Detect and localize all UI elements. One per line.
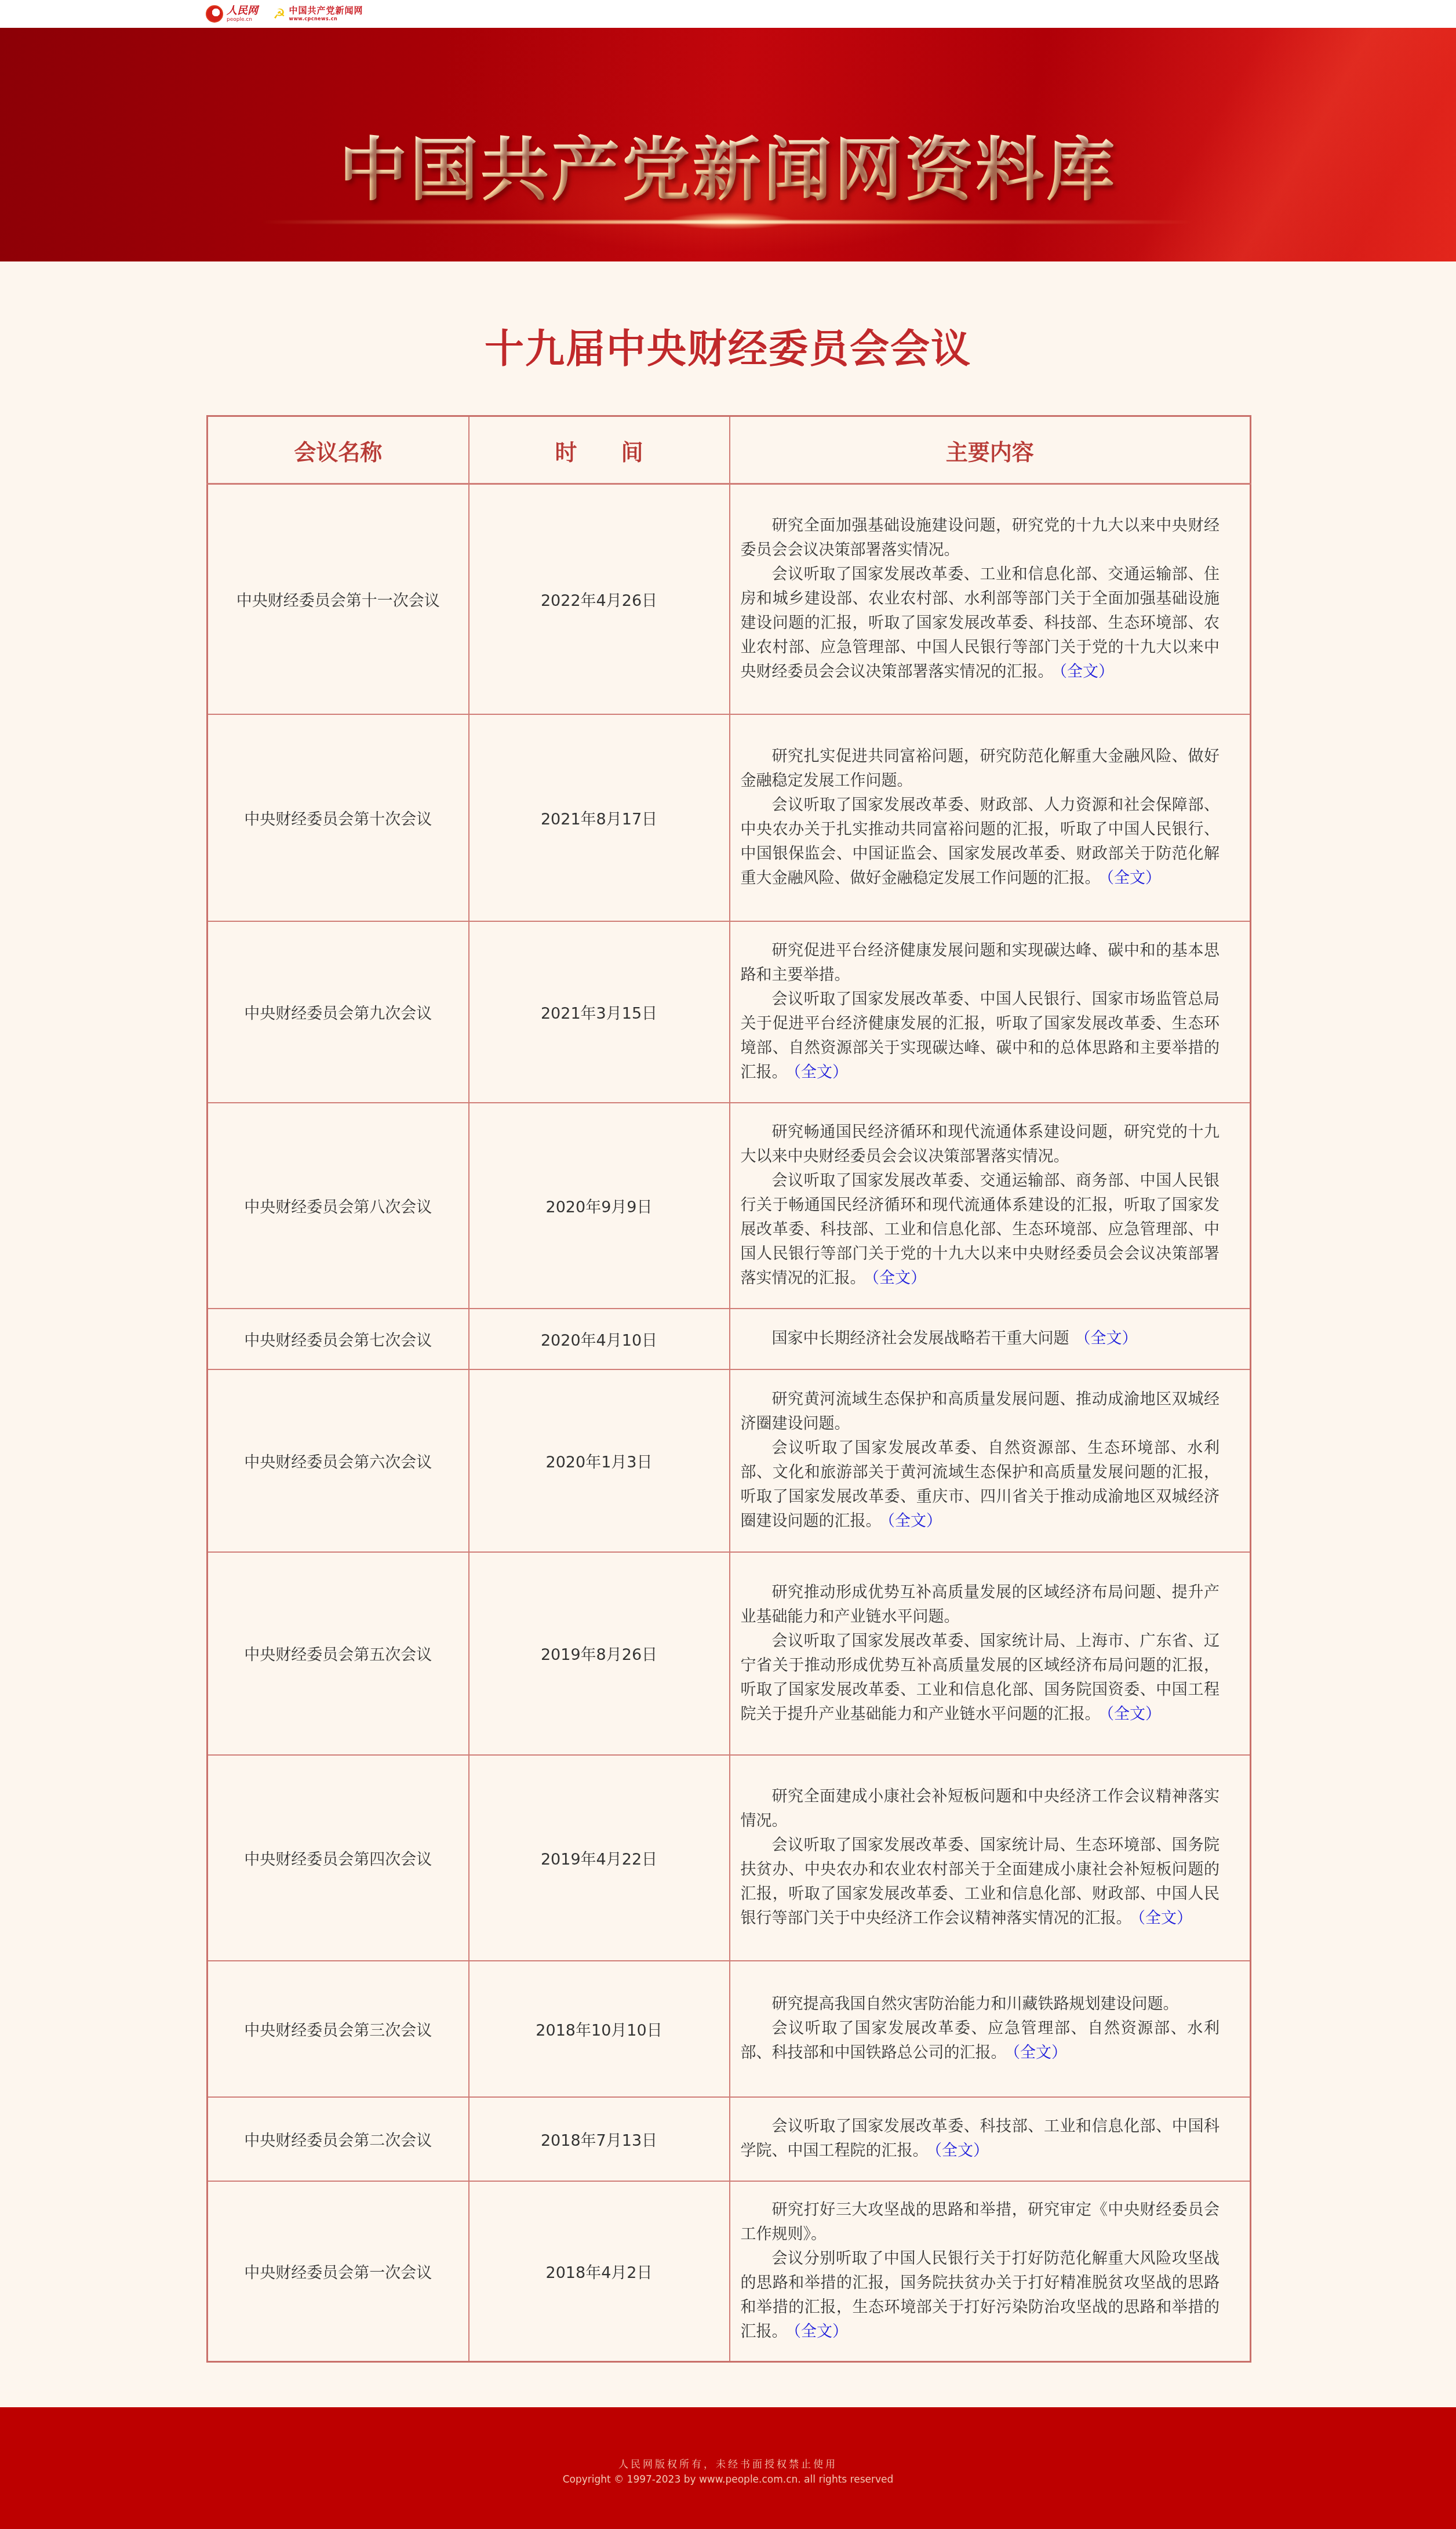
content-paragraph: 研究畅通国民经济循环和现代流通体系建设问题，研究党的十九大以来中央财经委员会会议… — [741, 1120, 1220, 1169]
content-paragraph: 研究全面加强基础设施建设问题，研究党的十九大以来中央财经委员会会议决策部署落实情… — [741, 514, 1220, 562]
full-text-link[interactable]: （全文） — [1075, 1329, 1138, 1347]
content-text: 会议听取了国家发展改革委、交通运输部、商务部、中国人民银行关于畅通国民经济循环和… — [741, 1172, 1220, 1287]
people-logo-icon — [206, 5, 223, 23]
meeting-name: 中央财经委员会第八次会议 — [208, 1103, 469, 1309]
full-text-link[interactable]: （全文） — [1060, 663, 1115, 681]
table-row: 中央财经委员会第十一次会议 2022年4月26日 研究全面加强基础设施建设问题，… — [208, 484, 1251, 714]
meeting-date: 2020年4月10日 — [469, 1309, 730, 1369]
full-text-link[interactable]: （全文） — [793, 2323, 849, 2341]
table-body: 中央财经委员会第十一次会议 2022年4月26日 研究全面加强基础设施建设问题，… — [208, 484, 1251, 2362]
content-paragraph: 研究全面建成小康社会补短板问题和中央经济工作会议精神落实情况。 — [741, 1785, 1220, 1833]
full-text-link[interactable]: （全文） — [1106, 1705, 1162, 1723]
top-bar: 人民网 people.cn ☭ 中国共产党新闻网 www.cpcnews.cn — [0, 0, 1456, 28]
full-text-link[interactable]: （全文） — [872, 1269, 927, 1287]
meeting-date: 2020年9月9日 — [469, 1103, 730, 1309]
content-text: 会议听取了国家发展改革委、自然资源部、生态环境部、水利部、文化和旅游部关于黄河流… — [741, 1439, 1220, 1530]
table-row: 中央财经委员会第四次会议 2019年4月22日 研究全面建成小康社会补短板问题和… — [208, 1755, 1251, 1961]
content-paragraph: 会议听取了国家发展改革委、工业和信息化部、交通运输部、住房和城乡建设部、农业农村… — [741, 562, 1220, 684]
meeting-content: 研究扎实促进共同富裕问题，研究防范化解重大金融风险、做好金融稳定发展工作问题。 … — [730, 714, 1251, 921]
full-text-link[interactable]: （全文） — [887, 1512, 942, 1530]
content-paragraph: 研究黄河流域生态保护和高质量发展问题、推动成渝地区双城经济圈建设问题。 — [741, 1387, 1220, 1436]
meeting-date: 2018年4月2日 — [469, 2181, 730, 2362]
full-text-link[interactable]: （全文） — [1013, 2044, 1068, 2062]
meeting-name: 中央财经委员会第二次会议 — [208, 2097, 469, 2181]
table-row: 中央财经委员会第五次会议 2019年8月26日 研究推动形成优势互补高质量发展的… — [208, 1552, 1251, 1755]
meeting-content: 研究黄河流域生态保护和高质量发展问题、推动成渝地区双城经济圈建设问题。 会议听取… — [730, 1369, 1251, 1552]
meeting-name: 中央财经委员会第十一次会议 — [208, 484, 469, 714]
cpc-logo-text: 中国共产党新闻网 www.cpcnews.cn — [289, 6, 363, 21]
meeting-date: 2021年8月17日 — [469, 714, 730, 921]
people-logo-en: people.cn — [227, 17, 258, 23]
content-paragraph: 会议听取了国家发展改革委、应急管理部、自然资源部、水利部、科技部和中国铁路总公司… — [741, 2016, 1220, 2065]
meeting-name: 中央财经委员会第一次会议 — [208, 2181, 469, 2362]
content-paragraph: 会议听取了国家发展改革委、财政部、人力资源和社会保障部、中央农办关于扎实推动共同… — [741, 793, 1220, 891]
meeting-name: 中央财经委员会第九次会议 — [208, 921, 469, 1103]
cpc-logo-en: www.cpcnews.cn — [289, 17, 363, 21]
people-logo-text: 人民网 people.cn — [227, 6, 258, 23]
content-paragraph: 会议听取了国家发展改革委、国家统计局、上海市、广东省、辽宁省关于推动形成优势互补… — [741, 1629, 1220, 1727]
meeting-date: 2018年7月13日 — [469, 2097, 730, 2181]
banner-light-line — [261, 220, 1195, 224]
meeting-name: 中央财经委员会第十次会议 — [208, 714, 469, 921]
table-row: 中央财经委员会第十次会议 2021年8月17日 研究扎实促进共同富裕问题，研究防… — [208, 714, 1251, 921]
full-text-link[interactable]: （全文） — [793, 1063, 849, 1081]
content-text: 会议听取了国家发展改革委、工业和信息化部、交通运输部、住房和城乡建设部、农业农村… — [741, 565, 1220, 681]
logo-group: 人民网 people.cn ☭ 中国共产党新闻网 www.cpcnews.cn — [206, 2, 363, 26]
meetings-table: 会议名称 时 间 主要内容 中央财经委员会第十一次会议 2022年4月26日 研… — [206, 415, 1251, 2363]
meeting-date: 2019年4月22日 — [469, 1755, 730, 1961]
cpc-logo-cn: 中国共产党新闻网 — [289, 6, 363, 15]
column-header-meeting-name: 会议名称 — [208, 416, 469, 484]
table-row: 中央财经委员会第六次会议 2020年1月3日 研究黄河流域生态保护和高质量发展问… — [208, 1369, 1251, 1552]
content-paragraph: 会议分别听取了中国人民银行关于打好防范化解重大风险攻坚战的思路和举措的汇报，国务… — [741, 2247, 1220, 2344]
table-row: 中央财经委员会第九次会议 2021年3月15日 研究促进平台经济健康发展问题和实… — [208, 921, 1251, 1103]
header-banner: 中国共产党新闻网资料库 — [0, 28, 1456, 261]
footer-copyright: Copyright © 1997-2023 by www.people.com.… — [0, 2474, 1456, 2486]
full-text-link[interactable]: （全文） — [1106, 869, 1162, 887]
meetings-table-container: 会议名称 时 间 主要内容 中央财经委员会第十一次会议 2022年4月26日 研… — [206, 415, 1250, 2363]
column-header-date: 时 间 — [469, 416, 730, 484]
table-row: 中央财经委员会第一次会议 2018年4月2日 研究打好三大攻坚战的思路和举措，研… — [208, 2181, 1251, 2362]
banner-title: 中国共产党新闻网资料库 — [0, 115, 1456, 213]
meeting-name: 中央财经委员会第三次会议 — [208, 1961, 469, 2097]
full-text-link[interactable]: （全文） — [1138, 1909, 1193, 1927]
content-paragraph: 会议听取了国家发展改革委、中国人民银行、国家市场监管总局关于促进平台经济健康发展… — [741, 987, 1220, 1085]
meeting-content: 研究推动形成优势互补高质量发展的区域经济布局问题、提升产业基础能力和产业链水平问… — [730, 1552, 1251, 1755]
table-row: 中央财经委员会第八次会议 2020年9月9日 研究畅通国民经济循环和现代流通体系… — [208, 1103, 1251, 1309]
meeting-content: 研究促进平台经济健康发展问题和实现碳达峰、碳中和的基本思路和主要举措。 会议听取… — [730, 921, 1251, 1103]
page: 人民网 people.cn ☭ 中国共产党新闻网 www.cpcnews.cn … — [0, 0, 1456, 2529]
page-title: 十九届中央财经委员会会议 — [0, 330, 1456, 369]
content-paragraph: 研究打好三大攻坚战的思路和举措，研究审定《中央财经委员会工作规则》。 — [741, 2198, 1220, 2247]
people-logo-cn: 人民网 — [227, 6, 258, 16]
people-cn-logo[interactable]: 人民网 people.cn — [206, 5, 258, 23]
content-text: 会议听取了国家发展改革委、应急管理部、自然资源部、水利部、科技部和中国铁路总公司… — [741, 2019, 1220, 2062]
meeting-content: 研究提高我国自然灾害防治能力和川藏铁路规划建设问题。 会议听取了国家发展改革委、… — [730, 1961, 1251, 2097]
table-row: 中央财经委员会第三次会议 2018年10月10日 研究提高我国自然灾害防治能力和… — [208, 1961, 1251, 2097]
content-paragraph: 会议听取了国家发展改革委、交通运输部、商务部、中国人民银行关于畅通国民经济循环和… — [741, 1169, 1220, 1291]
content-paragraph: 研究提高我国自然灾害防治能力和川藏铁路规划建设问题。 — [741, 1992, 1220, 2016]
content-paragraph: 研究扎实促进共同富裕问题，研究防范化解重大金融风险、做好金融稳定发展工作问题。 — [741, 744, 1220, 793]
content-text: 国家中长期经济社会发展战略若干重大问题 — [772, 1329, 1069, 1347]
content-paragraph: 研究推动形成优势互补高质量发展的区域经济布局问题、提升产业基础能力和产业链水平问… — [741, 1580, 1220, 1629]
meeting-date: 2021年3月15日 — [469, 921, 730, 1103]
meeting-content: 研究全面建成小康社会补短板问题和中央经济工作会议精神落实情况。 会议听取了国家发… — [730, 1755, 1251, 1961]
content-paragraph: 会议听取了国家发展改革委、国家统计局、生态环境部、国务院扶贫办、中央农办和农业农… — [741, 1833, 1220, 1931]
content-paragraph: 研究促进平台经济健康发展问题和实现碳达峰、碳中和的基本思路和主要举措。 — [741, 939, 1220, 987]
table-row: 中央财经委员会第二次会议 2018年7月13日 会议听取了国家发展改革委、科技部… — [208, 2097, 1251, 2181]
meeting-date: 2018年10月10日 — [469, 1961, 730, 2097]
meeting-name: 中央财经委员会第七次会议 — [208, 1309, 469, 1369]
meeting-name: 中央财经委员会第四次会议 — [208, 1755, 469, 1961]
meeting-content: 会议听取了国家发展改革委、科技部、工业和信息化部、中国科学院、中国工程院的汇报。… — [730, 2097, 1251, 2181]
cpcnews-logo[interactable]: ☭ 中国共产党新闻网 www.cpcnews.cn — [273, 6, 363, 21]
footer-rights-notice: 人民网版权所有，未经书面授权禁止使用 — [0, 2456, 1456, 2470]
meeting-name: 中央财经委员会第五次会议 — [208, 1552, 469, 1755]
table-header-row: 会议名称 时 间 主要内容 — [208, 416, 1251, 484]
meeting-name: 中央财经委员会第六次会议 — [208, 1369, 469, 1552]
meeting-content: 研究全面加强基础设施建设问题，研究党的十九大以来中央财经委员会会议决策部署落实情… — [730, 484, 1251, 714]
hammer-sickle-icon: ☭ — [273, 7, 286, 21]
meeting-content: 研究打好三大攻坚战的思路和举措，研究审定《中央财经委员会工作规则》。 会议分别听… — [730, 2181, 1251, 2362]
content-paragraph: 会议听取了国家发展改革委、科技部、工业和信息化部、中国科学院、中国工程院的汇报。… — [741, 2114, 1220, 2163]
content-paragraph: 会议听取了国家发展改革委、自然资源部、生态环境部、水利部、文化和旅游部关于黄河流… — [741, 1436, 1220, 1534]
table-row: 中央财经委员会第七次会议 2020年4月10日 国家中长期经济社会发展战略若干重… — [208, 1309, 1251, 1369]
meeting-content: 国家中长期经济社会发展战略若干重大问题（全文） — [730, 1309, 1251, 1369]
column-header-main-content: 主要内容 — [730, 416, 1251, 484]
footer: 人民网版权所有，未经书面授权禁止使用 Copyright © 1997-2023… — [0, 2407, 1456, 2529]
full-text-link[interactable]: （全文） — [934, 2142, 989, 2160]
meeting-content: 研究畅通国民经济循环和现代流通体系建设问题，研究党的十九大以来中央财经委员会会议… — [730, 1103, 1251, 1309]
meeting-date: 2020年1月3日 — [469, 1369, 730, 1552]
meeting-date: 2022年4月26日 — [469, 484, 730, 714]
meeting-date: 2019年8月26日 — [469, 1552, 730, 1755]
content-paragraph: 国家中长期经济社会发展战略若干重大问题（全文） — [741, 1327, 1220, 1351]
